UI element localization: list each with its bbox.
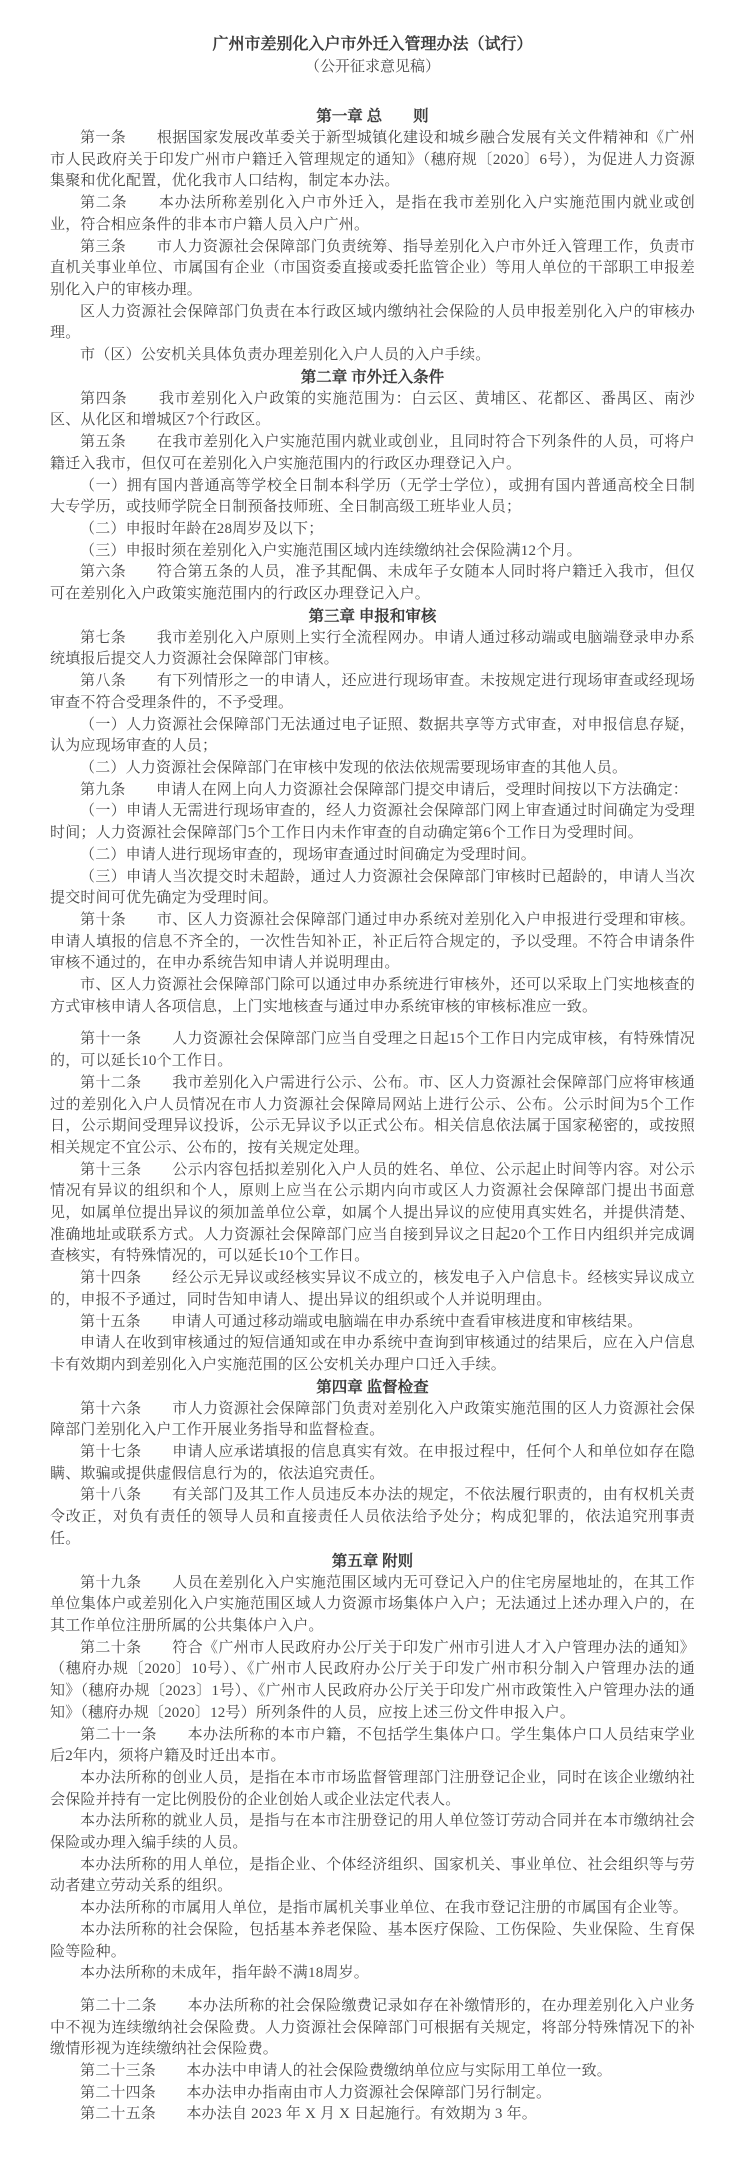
paragraph: 本办法所称的创业人员，是指在本市市场监督管理部门注册登记企业，同时在该企业缴纳社… xyxy=(50,1768,695,1811)
paragraph: （一）人力资源社会保障部门无法通过电子证照、数据共享等方式审查，对申报信息存疑，… xyxy=(50,715,695,758)
paragraph: 第六条 符合第五条的人员，准予其配偶、未成年子女随本人同时将户籍迁入我市，但仅可… xyxy=(50,562,695,605)
paragraph: 第二十一条 本办法所称的本市户籍，不包括学生集体户口。学生集体户口人员结束学业后… xyxy=(50,1725,695,1768)
paragraph: （二）申请人进行现场审查的，现场审查通过时间确定为受理时间。 xyxy=(50,845,695,867)
paragraph: 市、区人力资源社会保障部门除可以通过申办系统进行审核外，还可以采取上门实地核查的… xyxy=(50,975,695,1018)
paragraph: 第二十三条 本办法中申请人的社会保险费缴纳单位应与实际用工单位一致。 xyxy=(50,2061,695,2083)
paragraph: （一）申请人无需进行现场审查的，经人力资源社会保障部门网上审查通过时间确定为受理… xyxy=(50,801,695,844)
chapter-heading: 第一章 总 则 xyxy=(50,106,695,128)
paragraph: 第十六条 市人力资源社会保障部门负责对差别化入户政策实施范围的区人力资源社会保障… xyxy=(50,1399,695,1442)
chapter-heading: 第四章 监督检查 xyxy=(50,1377,695,1399)
paragraph: 第十八条 有关部门及其工作人员违反本办法的规定，不依法履行职责的，由有权机关责令… xyxy=(50,1485,695,1550)
paragraph: 第十条 市、区人力资源社会保障部门通过申办系统对差别化入户申报进行受理和审核。申… xyxy=(50,910,695,975)
paragraph: 第二十条 符合《广州市人民政府办公厅关于印发广州市引进人才入户管理办法的通知》（… xyxy=(50,1638,695,1725)
document-title: 广州市差别化入户市外迁入管理办法（试行） xyxy=(50,34,695,56)
paragraph: 申请人在收到审核通过的短信通知或在申办系统中查询到审核通过的结果后，应在入户信息… xyxy=(50,1333,695,1376)
paragraph: 第十二条 我市差别化入户需进行公示、公布。市、区人力资源社会保障部门应将审核通过… xyxy=(50,1073,695,1160)
paragraph: 第五条 在我市差别化入户实施范围内就业或创业，且同时符合下列条件的人员，可将户籍… xyxy=(50,432,695,475)
paragraph: 本办法所称的市属用人单位，是指市属机关事业单位、在我市登记注册的市属国有企业等。 xyxy=(50,1898,695,1920)
paragraph: 第一条 根据国家发展改革委关于新型城镇化建设和城乡融合发展有关文件精神和《广州市… xyxy=(50,128,695,193)
chapter-heading: 第二章 市外迁入条件 xyxy=(50,367,695,389)
document-body: 第一章 总 则第一条 根据国家发展改革委关于新型城镇化建设和城乡融合发展有关文件… xyxy=(50,106,695,2126)
paragraph: （三）申报时须在差别化入户实施范围区域内连续缴纳社会保险满12个月。 xyxy=(50,541,695,563)
document-subtitle: （公开征求意见稿） xyxy=(50,56,695,78)
paragraph: 第三条 市人力资源社会保障部门负责统筹、指导差别化入户市外迁入管理工作，负责市直… xyxy=(50,237,695,302)
paragraph: 本办法所称的社会保险，包括基本养老保险、基本医疗保险、工伤保险、失业保险、生育保… xyxy=(50,1920,695,1963)
paragraph: 本办法所称的未成年，指年龄不满18周岁。 xyxy=(50,1963,695,1985)
document-page: 广州市差别化入户市外迁入管理办法（试行） （公开征求意见稿） 第一章 总 则第一… xyxy=(0,0,740,2166)
paragraph: 第十三条 公示内容包括拟差别化入户人员的姓名、单位、公示起止时间等内容。对公示情… xyxy=(50,1160,695,1269)
paragraph: 第十五条 申请人可通过移动端或电脑端在申办系统中查看审核进度和审核结果。 xyxy=(50,1312,695,1334)
paragraph: 第十一条 人力资源社会保障部门应当自受理之日起15个工作日内完成审核，有特殊情况… xyxy=(50,1029,695,1072)
paragraph: （一）拥有国内普通高等学校全日制本科学历（无学士学位），或拥有国内普通高校全日制… xyxy=(50,476,695,519)
paragraph: 第二十五条 本办法自 2023 年 X 月 X 日起施行。有效期为 3 年。 xyxy=(50,2104,695,2126)
paragraph: 本办法所称的就业人员，是指与在本市注册登记的用人单位签订劳动合同并在本市缴纳社会… xyxy=(50,1811,695,1854)
paragraph: 市（区）公安机关具体负责办理差别化入户人员的入户手续。 xyxy=(50,345,695,367)
paragraph: 区人力资源社会保障部门负责在本行政区域内缴纳社会保险的人员申报差别化入户的审核办… xyxy=(50,302,695,345)
paragraph: 本办法所称的用人单位，是指企业、个体经济组织、国家机关、事业单位、社会组织等与劳… xyxy=(50,1855,695,1898)
paragraph: （二）人力资源社会保障部门在审核中发现的依法依规需要现场审查的其他人员。 xyxy=(50,758,695,780)
paragraph: 第八条 有下列情形之一的申请人，还应进行现场审查。未按规定进行现场审查或经现场审… xyxy=(50,671,695,714)
paragraph: 第十四条 经公示无异议或经核实异议不成立的，核发电子入户信息卡。经核实异议成立的… xyxy=(50,1268,695,1311)
paragraph: 第十九条 人员在差别化入户实施范围区域内无可登记入户的住宅房屋地址的，在其工作单… xyxy=(50,1573,695,1638)
paragraph: 第七条 我市差别化入户原则上实行全流程网办。申请人通过移动端或电脑端登录申办系统… xyxy=(50,628,695,671)
paragraph: 第四条 我市差别化入户政策的实施范围为：白云区、黄埔区、花都区、番禺区、南沙区、… xyxy=(50,389,695,432)
paragraph: 第二十二条 本办法所称的社会保险缴费记录如存在补缴情形的，在办理差别化入户业务中… xyxy=(50,1996,695,2061)
paragraph: 第二十四条 本办法申办指南由市人力资源社会保障部门另行制定。 xyxy=(50,2083,695,2105)
paragraph: （三）申请人当次提交时未超龄，通过人力资源社会保障部门审核时已超龄的，申请人当次… xyxy=(50,867,695,910)
paragraph: 第十七条 申请人应承诺填报的信息真实有效。在申报过程中，任何个人和单位如存在隐瞒… xyxy=(50,1442,695,1485)
chapter-heading: 第五章 附则 xyxy=(50,1551,695,1573)
paragraph: 第九条 申请人在网上向人力资源社会保障部门提交申请后，受理时间按以下方法确定： xyxy=(50,780,695,802)
paragraph: 第二条 本办法所称差别化入户市外迁入，是指在我市差别化入户实施范围内就业或创业，… xyxy=(50,193,695,236)
chapter-heading: 第三章 申报和审核 xyxy=(50,606,695,628)
paragraph: （二）申报时年龄在28周岁及以下； xyxy=(50,519,695,541)
